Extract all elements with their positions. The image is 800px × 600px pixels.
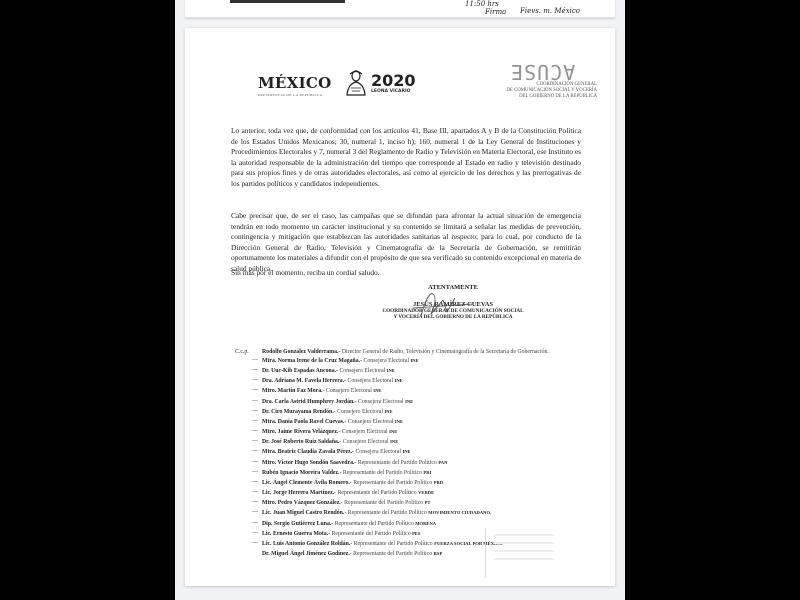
- recipient-name: Lic. Juan Miguel Castro Rendón.: [262, 510, 344, 516]
- handwritten-check-mark: —: [252, 519, 258, 528]
- received-stamp: ACUSE: [510, 60, 575, 84]
- handwritten-check-mark: —: [252, 498, 258, 507]
- recipient-role: Representante del Partido Político: [353, 480, 432, 486]
- recipient-role: Representante del Partido Político: [332, 531, 411, 537]
- recipient-role: Director General de Radio, Televisión y …: [342, 349, 549, 355]
- recipient-role: Representante del Partido Político: [338, 490, 417, 496]
- recipient-name: Mtra. Norma Irene de la Cruz Magaña.: [262, 358, 360, 364]
- recipient-affiliation: INE: [395, 378, 403, 383]
- redaction-bar: [230, 0, 345, 3]
- handwritten-check-mark: —: [252, 539, 258, 548]
- recipient-affiliation: PRI: [423, 470, 431, 475]
- recipient-name: Lic. Luis Antonio González Roldán.: [262, 541, 350, 547]
- recipient-name: Dr. Uuc-Kib Espadas Ancona.: [262, 368, 336, 374]
- recipient-name: Mtro. Jaime Rivera Velázquez.: [262, 429, 338, 435]
- recipient-name: Lic. Jorge Herrera Martínez.: [262, 490, 334, 496]
- handwritten-check-mark: —: [252, 427, 258, 436]
- recipient-name: Mtra. Beatriz Claudia Zavala Pérez.: [262, 449, 352, 455]
- recipient-role: Consejero Electoral: [326, 388, 372, 394]
- handwritten-check-mark: —: [252, 529, 258, 538]
- logo-2020: 2020 LEONA VICARIO: [345, 70, 416, 96]
- recipient-role: Consejero Electoral: [337, 409, 383, 415]
- handwritten-check-mark: —: [252, 468, 258, 477]
- previous-page: 11:50 hrs Firma Fievs. m. México: [185, 0, 615, 18]
- recipient-row: —Dr. Uuc-Kib Espadas Ancona.- Consejero …: [262, 366, 595, 376]
- handwritten-check-mark: —: [252, 376, 258, 385]
- handwritten-check-mark: —: [252, 437, 258, 446]
- recipient-name: Mtro. Víctor Hugo Sondón Saavedra.: [262, 460, 354, 466]
- handwritten-note: Fievs. m. México: [520, 7, 580, 15]
- logo-mexico: MÉXICO Presidencia de la República: [258, 74, 332, 97]
- recipient-role: Representante del Partido Político: [358, 460, 437, 466]
- recipient-row: —Lic. Jorge Herrera Martínez.- Represent…: [262, 488, 595, 498]
- recipient-row: —Mtra. Beatriz Claudia Zavala Pérez.- Co…: [262, 447, 595, 457]
- recipient-row: —Lic. Juan Miguel Castro Rendón.- Repres…: [262, 508, 595, 518]
- recipient-affiliation: INE: [402, 449, 410, 454]
- recipient-name: Dra. Adriana M. Favela Herrera.: [262, 378, 344, 384]
- recipient-affiliation: MOVIMIENTO CIUDADANO.: [428, 510, 491, 515]
- recipient-affiliation: MORENA: [415, 521, 436, 526]
- recipient-role: Consejera Electoral: [364, 358, 410, 364]
- recipient-name: Mtra. Dania Paola Ravel Cuevas.: [262, 419, 344, 425]
- recipient-row: —Mtro. Jaime Rivera Velázquez.- Consejer…: [262, 427, 595, 437]
- faint-show-through: [485, 528, 576, 578]
- document-viewer[interactable]: 11:50 hrs Firma Fievs. m. México MÉXICO …: [175, 0, 625, 600]
- recipient-name: Dr. José Roberto Ruiz Saldaña.: [262, 439, 339, 445]
- handwritten-check-mark: —: [252, 366, 258, 375]
- recipient-role: Representante del Partido Político: [344, 500, 423, 506]
- recipient-role: Consejero Electoral: [342, 429, 388, 435]
- recipient-name: Lic. Ernesto Guerra Mota.: [262, 531, 328, 537]
- recipient-affiliation: PAN: [438, 460, 447, 465]
- recipient-role: Consejera Electoral: [348, 378, 394, 384]
- recipient-role: Representante del Partido Político: [348, 510, 427, 516]
- recipient-row: —Mtro. Víctor Hugo Sondón Saavedra.- Rep…: [262, 458, 595, 468]
- recipient-role: Representante del Partido Político: [353, 551, 432, 557]
- recipient-affiliation: INE: [390, 439, 398, 444]
- recipient-name: Mtro. Pedro Vázquez González.: [262, 500, 341, 506]
- recipient-role: Consejera Electoral: [355, 449, 401, 455]
- handwritten-check-mark: —: [252, 478, 258, 487]
- handwritten-check-mark: —: [252, 397, 258, 406]
- recipient-affiliation: PRD: [434, 480, 443, 485]
- handwritten-time: 11:50 hrs: [465, 0, 499, 8]
- recipient-affiliation: INE: [411, 358, 419, 363]
- handwritten-signature-icon: [403, 286, 483, 320]
- recipient-row: —Dr. José Roberto Ruiz Saldaña.- Conseje…: [262, 437, 595, 447]
- signature-block: ATENTAMENTE JESÚS RAMÍREZ CUEVAS COORDIN…: [333, 284, 573, 321]
- recipient-name: Rubén Ignacio Moreira Valdez.: [262, 470, 340, 476]
- recipient-name: Lic. Ángel Clemente Ávila Romero.: [262, 480, 350, 486]
- recipient-affiliation: INE: [384, 409, 392, 414]
- recipient-row: —Dra. Adriana M. Favela Herrera.- Consej…: [262, 376, 595, 386]
- closing-line: Sin más por el momento, reciba un cordia…: [231, 268, 581, 279]
- recipient-affiliation: INE: [389, 429, 397, 434]
- recipient-role: Consejera Electoral: [358, 399, 404, 405]
- recipient-row: —Dra. Carla Astrid Humphrey Jordán.- Con…: [262, 397, 595, 407]
- recipient-name: Dr. Miguel Ángel Jiménez Godínez.: [262, 551, 350, 557]
- recipient-row: —Lic. Ángel Clemente Ávila Romero.- Repr…: [262, 478, 595, 488]
- recipient-role: Representante del Partido Político: [354, 541, 433, 547]
- recipient-affiliation: INE: [387, 368, 395, 373]
- letterhead: MÉXICO Presidencia de la República 2020 …: [185, 60, 615, 110]
- handwritten-check-mark: —: [252, 356, 258, 365]
- recipient-role: Representante del Partido Político: [335, 521, 414, 527]
- handwritten-check-mark: —: [252, 386, 258, 395]
- recipient-row: —Mtro. Pedro Vázquez González.- Represen…: [262, 498, 595, 508]
- recipient-name: Rodolfo González Valderrama.: [262, 349, 338, 355]
- recipient-name: Mtro. Martín Faz Mora.: [262, 388, 323, 394]
- ccp-label: C.c.p.: [235, 348, 249, 357]
- recipient-name: Dr. Ciro Murayama Rendón.: [262, 409, 334, 415]
- issuing-office: Coordinación General de Comunicación Soc…: [506, 82, 597, 100]
- body-paragraph: Lo anterior, toda vez que, de conformida…: [231, 126, 581, 190]
- recipient-row: —Mtro. Martín Faz Mora.- Consejero Elect…: [262, 386, 595, 396]
- recipient-row: —Rubén Ignacio Moreira Valdez.- Represen…: [262, 468, 595, 478]
- recipient-role: Representante del Partido Político: [343, 470, 422, 476]
- handwritten-check-mark: —: [252, 407, 258, 416]
- recipient-name: Dra. Carla Astrid Humphrey Jordán.: [262, 399, 355, 405]
- handwritten-check-mark: —: [252, 417, 258, 426]
- recipient-name: Dip. Sergio Gutiérrez Luna.: [262, 521, 331, 527]
- body-paragraph: Cabe precisar que, de ser el caso, las c…: [231, 211, 581, 275]
- recipient-affiliation: PT: [425, 500, 431, 505]
- recipient-affiliation: INE: [395, 419, 403, 424]
- recipient-row: —Dr. Ciro Murayama Rendón.- Consejero El…: [262, 407, 595, 417]
- handwritten-check-mark: —: [252, 447, 258, 456]
- handwritten-check-mark: —: [252, 508, 258, 517]
- recipient-role: Consejera Electoral: [348, 419, 394, 425]
- recipient-row: —Mtra. Norma Irene de la Cruz Magaña.- C…: [262, 356, 595, 366]
- handwritten-check-mark: —: [252, 458, 258, 467]
- recipient-affiliation: RSP: [434, 551, 443, 556]
- leona-vicario-portrait-icon: [345, 70, 367, 96]
- recipient-affiliation: INE: [405, 399, 413, 404]
- recipient-role: Consejero Electoral: [339, 368, 385, 374]
- recipient-role: Consejero Electoral: [343, 439, 389, 445]
- recipient-row: —Mtra. Dania Paola Ravel Cuevas.- Consej…: [262, 417, 595, 427]
- document-page: MÉXICO Presidencia de la República 2020 …: [185, 28, 615, 586]
- recipient-row: Rodolfo González Valderrama.- Director G…: [262, 348, 595, 356]
- recipient-affiliation: PES: [412, 531, 420, 536]
- handwritten-signature: Firma: [485, 8, 506, 16]
- recipient-affiliation: INE: [373, 388, 381, 393]
- handwritten-check-mark: —: [252, 488, 258, 497]
- recipient-affiliation: VERDE: [418, 490, 434, 495]
